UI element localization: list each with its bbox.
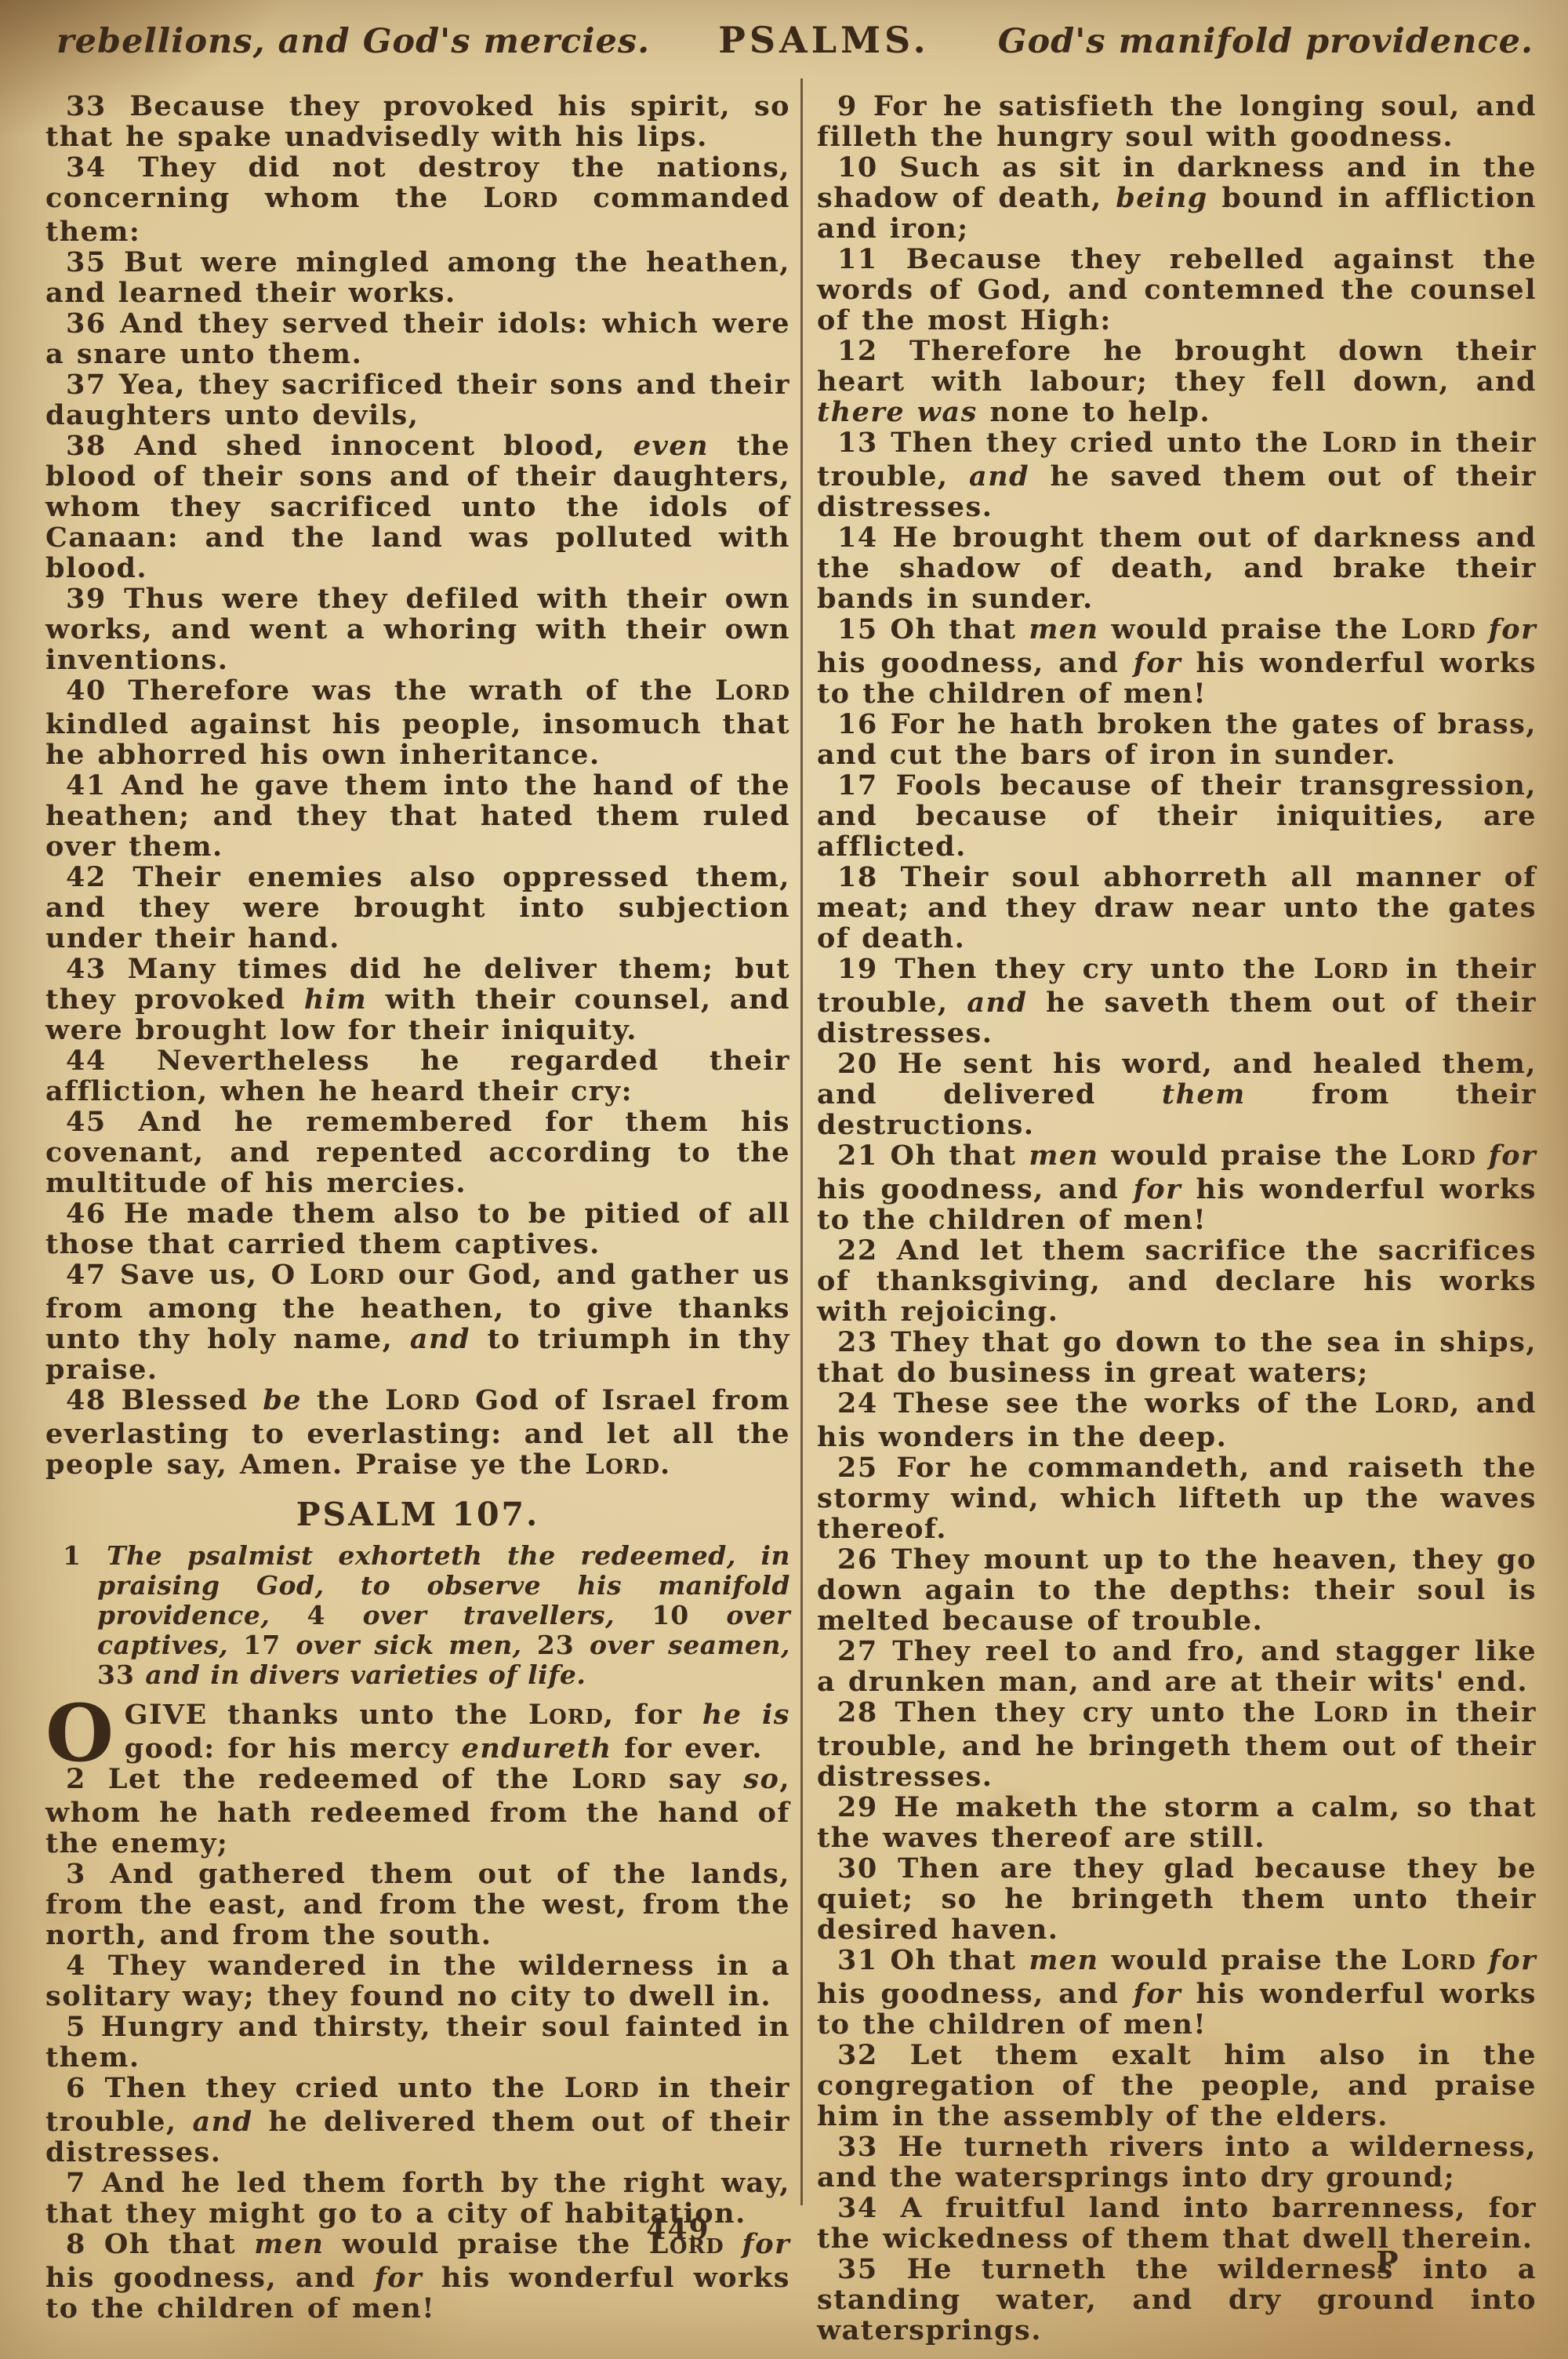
verse-ps107-16: 16 For he hath broken the gates of brass… [817,709,1537,770]
verse-number: 13 [837,427,878,459]
psalm-107-heading: PSALM 107. [45,1496,790,1533]
verse-ps106-46: 46 He made them also to be pitied of all… [45,1198,790,1259]
verse-number: 37 [66,369,107,401]
verse-number: 16 [837,708,878,740]
verse-ps107-28: 28 Then they cry unto the LORD in their … [817,1697,1537,1792]
small-caps-lord: ORD [330,1266,385,1289]
verse-number: 34 [837,2192,878,2224]
verse-number: 7 [66,2167,86,2199]
small-caps-lord: ORD [1421,1951,1476,1975]
verse-number: 17 [837,769,878,801]
verse-ps106-47: 47 Save us, O LORD our God, and gather u… [45,1259,790,1385]
verse-number: 43 [66,953,107,985]
verse-number: 18 [837,861,878,893]
verse-ps106-44: 44 Nevertheless he regarded their afflic… [45,1045,790,1107]
verse-ps106-45: 45 And he remembered for them his covena… [45,1107,790,1198]
verse-number: 22 [837,1234,878,1267]
verse-number: 25 [837,1452,878,1484]
verse-ps106-37: 37 Yea, they sacrificed their sons and t… [45,369,790,431]
page-number: 449 [619,2213,737,2246]
verse-ps107-14: 14 He brought them out of darkness and t… [817,522,1537,614]
verse-ps107-27: 27 They reel to and fro, and stagger lik… [817,1636,1537,1697]
small-caps-lord: ORD [735,682,790,705]
running-head-right: God's manifold providence. [998,22,1534,61]
verse-number: 33 [837,2131,878,2163]
verse-ps106-36: 36 And they served their idols: which we… [45,308,790,369]
verse-ps107-3: 3 And gathered them out of the lands, fr… [45,1859,790,1950]
small-caps-lord: ORD [585,2079,640,2103]
verse-ps107-2: 2 Let the redeemed of the LORD say so, w… [45,1764,790,1859]
small-caps-lord: ORD [1421,1147,1476,1170]
verse-number: 19 [837,953,878,985]
signature-mark: P [1376,2245,1399,2280]
small-caps-lord: ORD [1421,620,1476,644]
verse-number: 23 [837,1326,878,1358]
verse-ps107-29: 29 He maketh the storm a calm, so that t… [817,1792,1537,1853]
psalm-107-argument: 1 The psalmist exhorteth the redeemed, i… [45,1541,790,1690]
verse-ps107-18: 18 Their soul abhorreth all manner of me… [817,862,1537,954]
verse-ps107-4: 4 They wandered in the wilderness in a s… [45,1950,790,2012]
verse-number: 47 [66,1259,107,1291]
verse-number: 12 [837,335,878,367]
verse-number: 9 [837,90,858,122]
verse-number: 8 [66,2228,86,2260]
verse-number: 34 [66,151,107,184]
verse-ps106-39: 39 Thus were they defiled with their own… [45,583,790,675]
verse-ps107-17: 17 Fools because of their transgression,… [817,770,1537,862]
verse-ps107-12: 12 Therefore he brought down their heart… [817,336,1537,427]
verse-number: 3 [66,1858,86,1890]
verse-ps107-11: 11 Because they rebelled against the wor… [817,244,1537,336]
small-caps-lord: ORD [504,189,559,213]
verse-ps106-41: 41 And he gave them into the hand of the… [45,770,790,862]
verse-number: 2 [66,1763,86,1795]
verse-number: 21 [837,1140,878,1172]
verse-ps107-5: 5 Hungry and thirsty, their soul fainted… [45,2012,790,2073]
verse-ps107-22: 22 And let them sacrifice the sacrifices… [817,1235,1537,1327]
left-column: 33 Because they provoked his spirit, so … [45,91,790,2324]
verse-number: 28 [837,1696,878,1728]
verse-number: 39 [66,583,107,615]
verse-number: 27 [837,1635,878,1667]
verse-ps107-32: 32 Let them exalt him also in the congre… [817,2040,1537,2132]
verse-number: 46 [66,1198,107,1230]
right-column: 9 For he satisfieth the longing soul, an… [817,91,1537,2346]
verse-ps106-48: 48 Blessed be the LORD God of Israel fro… [45,1385,790,1483]
verse-number: 1 [63,1540,82,1571]
verse-ps106-43: 43 Many times did he deliver them; but t… [45,954,790,1045]
verse-ps107-19: 19 Then they cry unto the LORD in their … [817,954,1537,1049]
verse-number: 45 [66,1106,107,1138]
small-caps-lord: ORD [1334,1703,1389,1727]
small-caps-lord: ORD [1395,1394,1450,1418]
small-caps-lord: ORD [1334,960,1389,983]
verse-ps107-33: 33 He turneth rivers into a wilderness, … [817,2132,1537,2193]
verse-number: 35 [66,246,107,278]
verse-number: 4 [66,1950,86,1982]
verse-ps106-34: 34 They did not destroy the nations, con… [45,152,790,247]
verse-ps106-35: 35 But were mingled among the heathen, a… [45,247,790,308]
verse-number: 20 [837,1048,878,1080]
verse-number: 44 [66,1045,107,1077]
drop-cap-initial: O [45,1699,125,1762]
running-head-left: rebellions, and God's mercies. [56,22,650,61]
verse-ps107-25: 25 For he commandeth, and raiseth the st… [817,1452,1537,1544]
verse-ps106-38: 38 And shed innocent blood, even the blo… [45,431,790,583]
verse-ps106-42: 42 Their enemies also oppressed them, an… [45,862,790,954]
verse-number: 6 [66,2072,86,2104]
verse-number: 38 [66,430,107,462]
verse-number: 33 [66,90,107,122]
small-caps-lord: ORD [405,1391,460,1415]
verse-ps107-26: 26 They mount up to the heaven, they go … [817,1544,1537,1636]
verse-number: 42 [66,861,107,893]
running-head-title: PSALMS. [718,19,929,61]
verse-number: 31 [837,1944,878,1976]
verse-ps107-30: 30 Then are they glad because they be qu… [817,1853,1537,1945]
verse-number: 15 [837,613,878,645]
verse-ps107-21: 21 Oh that men would praise the LORD for… [817,1140,1537,1235]
verse-ps107-35: 35 He turneth the wilderness into a stan… [817,2254,1537,2346]
verse-number: 29 [837,1791,878,1823]
verse-number: 35 [837,2253,878,2285]
verse-number: 41 [66,769,107,801]
verse-ps107-23: 23 They that go down to the sea in ships… [817,1327,1537,1388]
psalm-107-verses-right: 9 For he satisfieth the longing soul, an… [817,91,1537,2346]
verse-ps107-20: 20 He sent his word, and healed them, an… [817,1049,1537,1140]
verse-number: 10 [837,151,878,184]
small-caps-lord: ORD [1342,434,1397,457]
verse-number: 24 [837,1387,878,1419]
verse-number: 48 [66,1384,107,1416]
verse-ps107-34: 34 A fruitful land into barrenness, for … [817,2193,1537,2254]
running-head: rebellions, and God's mercies. PSALMS. G… [56,19,1534,61]
verse-ps107-1: OGIVE thanks unto the LORD, for he is go… [45,1699,790,1764]
verse-ps107-31: 31 Oh that men would praise the LORD for… [817,1945,1537,2040]
verse-ps106-40: 40 Therefore was the wrath of the LORD k… [45,675,790,770]
column-divider-rule [800,78,803,2205]
verse-number: 30 [837,1852,878,1885]
verse-number: 14 [837,522,878,554]
verse-ps107-24: 24 These see the works of the LORD, and … [817,1388,1537,1452]
verse-ps107-6: 6 Then they cried unto the LORD in their… [45,2073,790,2168]
verse-number: 36 [66,307,107,340]
verse-ps107-9: 9 For he satisfieth the longing soul, an… [817,91,1537,152]
verse-ps107-10: 10 Such as sit in darkness and in the sh… [817,152,1537,244]
verse-number: 26 [837,1543,878,1576]
verse-number: 5 [66,2011,86,2043]
verse-number: 32 [837,2039,878,2071]
small-caps-lord: ORD [592,1770,647,1794]
bible-page: rebellions, and God's mercies. PSALMS. G… [0,0,1568,2359]
verse-ps107-15: 15 Oh that men would praise the LORD for… [817,614,1537,709]
verse-ps107-13: 13 Then they cried unto the LORD in thei… [817,427,1537,522]
psalm-106-verses: 33 Because they provoked his spirit, so … [45,91,790,1483]
small-caps-lord: ORD [605,1456,660,1479]
small-caps-lord: ORD [549,1706,604,1729]
verse-number: 11 [837,243,878,275]
verse-number: 40 [66,674,107,707]
verse-ps106-33: 33 Because they provoked his spirit, so … [45,91,790,152]
